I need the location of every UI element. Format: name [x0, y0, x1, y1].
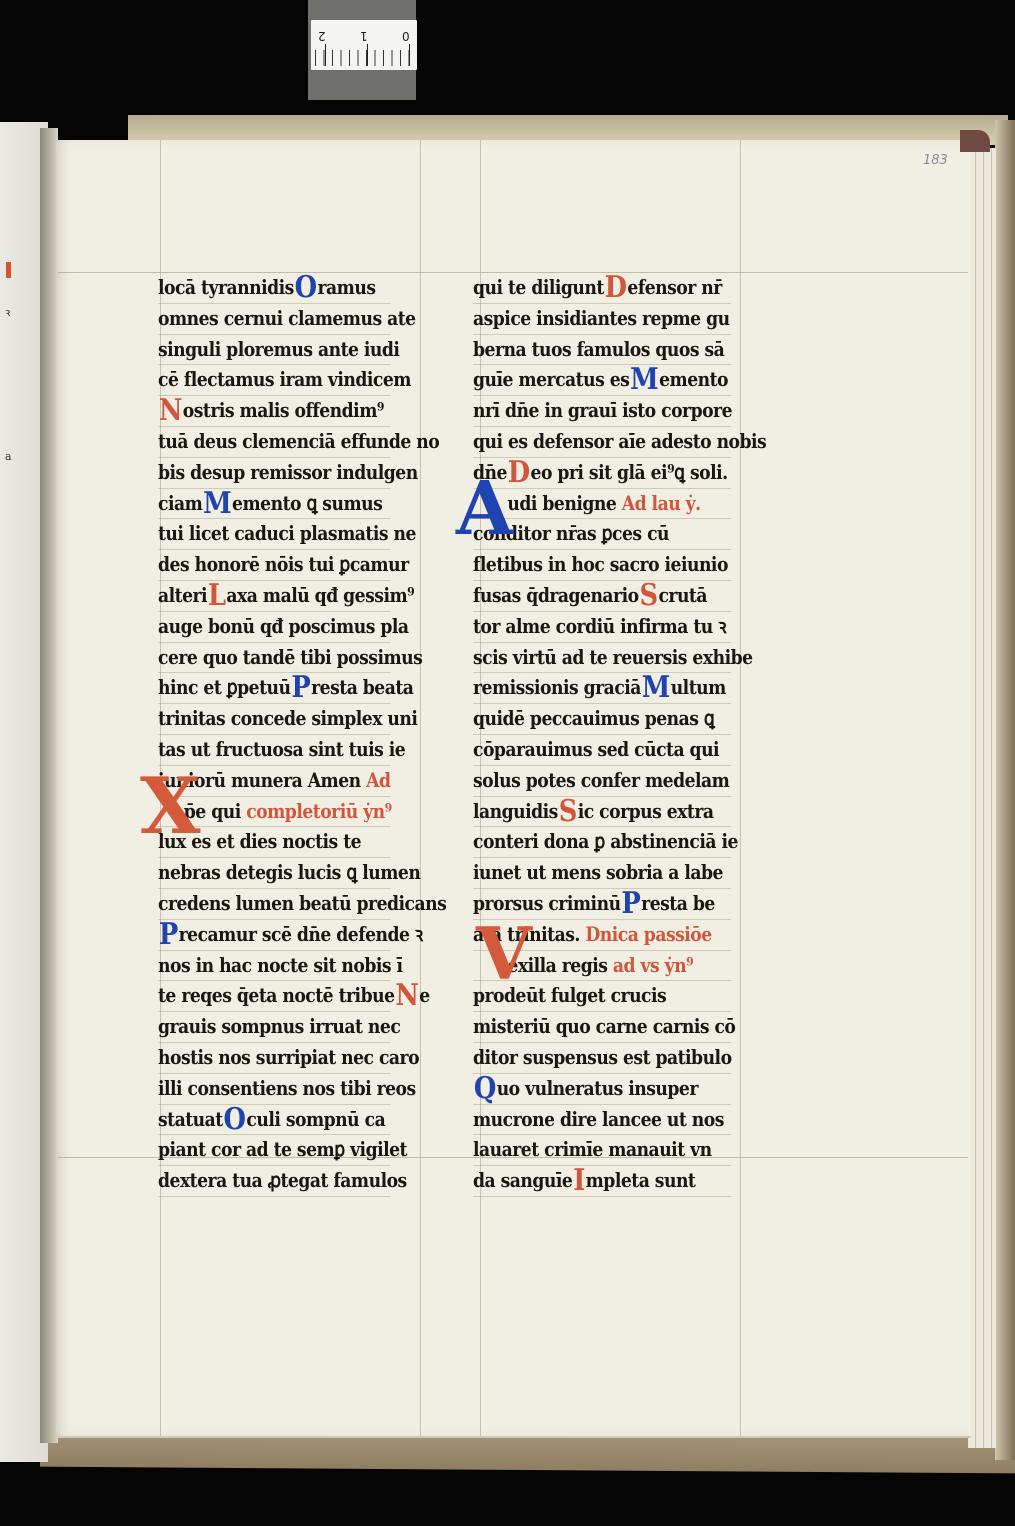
initial-i: I — [573, 1169, 585, 1193]
line-text: languidis — [473, 799, 558, 823]
initial-s: S — [639, 584, 657, 608]
text-line: auge bonū qđ poscimus pla — [158, 612, 390, 643]
text-column-right: qui te diliguntDefensor nr̄aspice insidi… — [473, 273, 773, 1197]
text-line: des honorē nōis tui ꝑcamur — [158, 550, 390, 581]
line-text: tor alme cordiū infirma tu ꝛ — [473, 614, 726, 638]
text-line: guīe mercatus esMemento — [473, 365, 731, 396]
line-text: crutā — [658, 583, 707, 607]
initial-d: D — [605, 276, 627, 300]
text-line: quidē peccauimus penas ꝗ — [473, 704, 731, 735]
line-text: statuat — [158, 1107, 223, 1131]
line-text: mpleta sunt — [586, 1168, 696, 1192]
text-line: berna tuos famulos quos sā — [473, 335, 731, 366]
line-text: locā tyrannidis — [158, 275, 294, 299]
ruler-major-tick — [409, 44, 410, 66]
line-text: emento ꝗ sumus — [232, 491, 382, 515]
line-text: nos in hac nocte sit nobis ī — [158, 953, 403, 977]
line-text: axa malū qđ gessim⁹ — [226, 583, 414, 607]
line-text: credens lumen beatū predicans — [158, 891, 446, 915]
line-text: qui es defensor aīe adesto nobis — [473, 429, 766, 453]
text-line: piant cor ad te semꝑ vigilet — [158, 1135, 390, 1166]
line-text: grauis sompnus irruat nec — [158, 1014, 400, 1038]
line-text: ditor suspensus est patibulo — [473, 1045, 732, 1069]
line-text: hostis nos surripiat nec caro — [158, 1045, 419, 1069]
text-line: Quo vulneratus insuper — [473, 1074, 731, 1105]
rubric-text: Ad lau ẏ. — [616, 491, 700, 515]
line-text: iunet ut mens sobria a labe — [473, 860, 723, 884]
text-line: Nostris malis offendim⁹ — [158, 396, 390, 427]
line-text: ultum — [671, 675, 726, 699]
ruler-major-tick — [325, 44, 326, 66]
line-text: lauaret crimīe manauit vn — [473, 1137, 712, 1161]
line-text: omnes cernui clamemus ate — [158, 306, 416, 330]
page-edges-stack — [968, 148, 996, 1448]
rubric-text: Ad — [361, 768, 391, 792]
line-text: conteri dona ꝑ abstinenciā ie — [473, 829, 738, 853]
text-line: tui licet caduci plasmatis ne — [158, 519, 390, 550]
line-text: hinc et ꝑpetuū — [158, 675, 291, 699]
text-line: locā tyrannidisOramus — [158, 273, 390, 304]
facing-page-rubric-mark — [6, 262, 11, 278]
text-line: nrī dn̄e in grauī isto corpore — [473, 396, 731, 427]
line-text: auge bonū qđ poscimus pla — [158, 614, 409, 638]
text-line: statuatOculi sompnū ca — [158, 1105, 390, 1136]
initial-o: O — [295, 276, 317, 300]
line-text: nebras detegis lucis ꝗ lumen — [158, 860, 420, 884]
binding-corner — [960, 130, 990, 152]
line-text: culi sompnū ca — [246, 1107, 385, 1131]
initial-p: P — [291, 676, 310, 700]
line-text: solus potes confer medelam — [473, 768, 729, 792]
ruler-major-tick — [367, 44, 368, 66]
text-line: singuli ploremus ante iudi — [158, 335, 390, 366]
line-text: te reqes q̄eta noctē tribue — [158, 983, 395, 1007]
line-text: berna tuos famulos quos sā — [473, 337, 724, 361]
text-line: solus potes confer medelam — [473, 766, 731, 797]
line-text: ramus — [318, 275, 376, 299]
line-text: cē flectamus iram vindicem — [158, 367, 411, 391]
text-line: aspice insidiantes repme gu — [473, 304, 731, 335]
initial-m: M — [642, 676, 670, 700]
initial-n: N — [159, 399, 182, 423]
line-text: aspice insidiantes repme gu — [473, 306, 730, 330]
line-text: guīe mercatus es — [473, 367, 629, 391]
text-line: ditor suspensus est patibulo — [473, 1043, 731, 1074]
line-text: des honorē nōis tui ꝑcamur — [158, 552, 409, 576]
text-line: bis desup remissor indulgen — [158, 458, 390, 489]
text-line: qui te diliguntDefensor nr̄ — [473, 273, 731, 304]
initial-n: N — [395, 984, 418, 1008]
line-text: ic corpus extra — [578, 799, 714, 823]
line-text: tuā deus clemenciā effunde no — [158, 429, 439, 453]
initial-p: P — [159, 923, 178, 947]
text-line: nos in hac nocte sit nobis ī — [158, 951, 390, 982]
rubric-text: Dnica passiōe — [580, 922, 712, 946]
text-line: qui es defensor aīe adesto nobis — [473, 427, 731, 458]
text-line: nebras detegis lucis ꝗ lumen — [158, 858, 390, 889]
text-line: cōparauimus sed cūcta qui — [473, 735, 731, 766]
text-line: tor alme cordiū infirma tu ꝛ — [473, 612, 731, 643]
line-text: fletibus in hoc sacro ieiunio — [473, 552, 728, 576]
line-text: scis virtū ad te reuersis exhibe — [473, 645, 753, 669]
text-line: conteri dona ꝑ abstinenciā ie — [473, 827, 731, 858]
decorated-initial-a: A — [456, 472, 513, 546]
text-line: da sanguīeImpleta sunt — [473, 1166, 731, 1197]
ruler-label: 1 — [360, 29, 368, 43]
text-line: fletibus in hoc sacro ieiunio — [473, 550, 731, 581]
line-text: uo vulneratus insuper — [497, 1076, 698, 1100]
line-text: alteri — [158, 583, 207, 607]
line-text: singuli ploremus ante iudi — [158, 337, 399, 361]
line-text: illi consentiens nos tibi reos — [158, 1076, 416, 1100]
text-line: mucrone dire lancee ut nos — [473, 1105, 731, 1136]
line-text: da sanguīe — [473, 1168, 572, 1192]
line-text: resta be — [641, 891, 715, 915]
text-column-left: locā tyrannidisOramusomnes cernui clamem… — [158, 273, 428, 1197]
line-text: piant cor ad te semꝑ vigilet — [158, 1137, 407, 1161]
text-line: grauis sompnus irruat nec — [158, 1012, 390, 1043]
line-text: eo pri sit glā ei⁹ꝗ soli. — [531, 460, 728, 484]
text-line: credens lumen beatū predicans — [158, 889, 390, 920]
initial-m: M — [203, 492, 231, 516]
ruler-ticks — [315, 50, 413, 66]
line-text: nrī dn̄e in grauī isto corpore — [473, 398, 732, 422]
line-text: fusas q̄dragenario — [473, 583, 639, 607]
line-text: tas ut fructuosa sint tuis ie — [158, 737, 405, 761]
decorated-initial-x: X — [140, 768, 201, 846]
text-line: te reqes q̄eta noctē tribueNe — [158, 981, 390, 1012]
line-text: remissionis graciā — [473, 675, 641, 699]
rubric-text: ad vs ẏn⁹ — [607, 953, 693, 977]
text-line: remissionis graciāMultum — [473, 673, 731, 704]
initial-l: L — [208, 584, 226, 608]
line-text: trinitas concede simplex uni — [158, 706, 417, 730]
line-text: udi benigne — [507, 491, 616, 515]
line-text: resta beata — [311, 675, 413, 699]
folio-number: 183 — [923, 153, 948, 168]
text-line: omnes cernui clamemus ate — [158, 304, 390, 335]
text-line: misteriū quo carne carnis cō — [473, 1012, 731, 1043]
line-text: efensor nr̄ — [627, 275, 721, 299]
ruler-label: 2 — [318, 29, 326, 43]
text-line: hostis nos surripiat nec caro — [158, 1043, 390, 1074]
line-text: cōparauimus sed cūcta qui — [473, 737, 719, 761]
line-text: bis desup remissor indulgen — [158, 460, 418, 484]
text-line: trinitas concede simplex uni — [158, 704, 390, 735]
text-line: hinc et ꝑpetuūPresta beata — [158, 673, 390, 704]
rubric-text: completoriū ẏn⁹ — [241, 799, 392, 823]
initial-q: Q — [474, 1077, 496, 1101]
decorated-initial-v: V — [476, 918, 532, 990]
line-text: cere quo tandē tibi possimus — [158, 645, 422, 669]
line-text: mucrone dire lancee ut nos — [473, 1107, 724, 1131]
text-line: iunet ut mens sobria a labe — [473, 858, 731, 889]
line-text: ciam — [158, 491, 202, 515]
line-text: recamur scē dn̄e defende ꝛ — [179, 922, 423, 946]
initial-s: S — [559, 800, 577, 824]
text-line: tuā deus clemenciā effunde no — [158, 427, 390, 458]
line-text: misteriū quo carne carnis cō — [473, 1014, 735, 1038]
initial-o: O — [224, 1108, 246, 1132]
text-line: Precamur scē dn̄e defende ꝛ — [158, 920, 390, 951]
ruler-label: 0 — [402, 29, 410, 43]
facing-page-mark: a — [5, 450, 12, 463]
line-text: quidē peccauimus penas ꝗ — [473, 706, 714, 730]
line-text: e — [419, 983, 429, 1007]
scale-ruler: 2 1 0 — [311, 20, 417, 70]
line-text: qui te diligunt — [473, 275, 604, 299]
text-line: dextera tua ꝓtegat famulos — [158, 1166, 390, 1197]
line-text: emento — [659, 367, 728, 391]
text-line: alteriLaxa malū qđ gessim⁹ — [158, 581, 390, 612]
text-line: scis virtū ad te reuersis exhibe — [473, 643, 731, 674]
text-line: lauaret crimīe manauit vn — [473, 1135, 731, 1166]
text-line: languidisSic corpus extra — [473, 797, 731, 828]
binding-right-edge — [995, 120, 1015, 1460]
text-line: ciamMemento ꝗ sumus — [158, 489, 390, 520]
initial-m: M — [630, 368, 658, 392]
line-text: tui licet caduci plasmatis ne — [158, 521, 416, 545]
text-line: cē flectamus iram vindicem — [158, 365, 390, 396]
text-line: fusas q̄dragenarioScrutā — [473, 581, 731, 612]
facing-page-mark: ꝛ — [5, 305, 10, 320]
text-line: illi consentiens nos tibi reos — [158, 1074, 390, 1105]
line-text: dextera tua ꝓtegat famulos — [158, 1168, 407, 1192]
text-line: cere quo tandē tibi possimus — [158, 643, 390, 674]
initial-p: P — [621, 892, 640, 916]
line-text: ostris malis offendim⁹ — [183, 398, 384, 422]
